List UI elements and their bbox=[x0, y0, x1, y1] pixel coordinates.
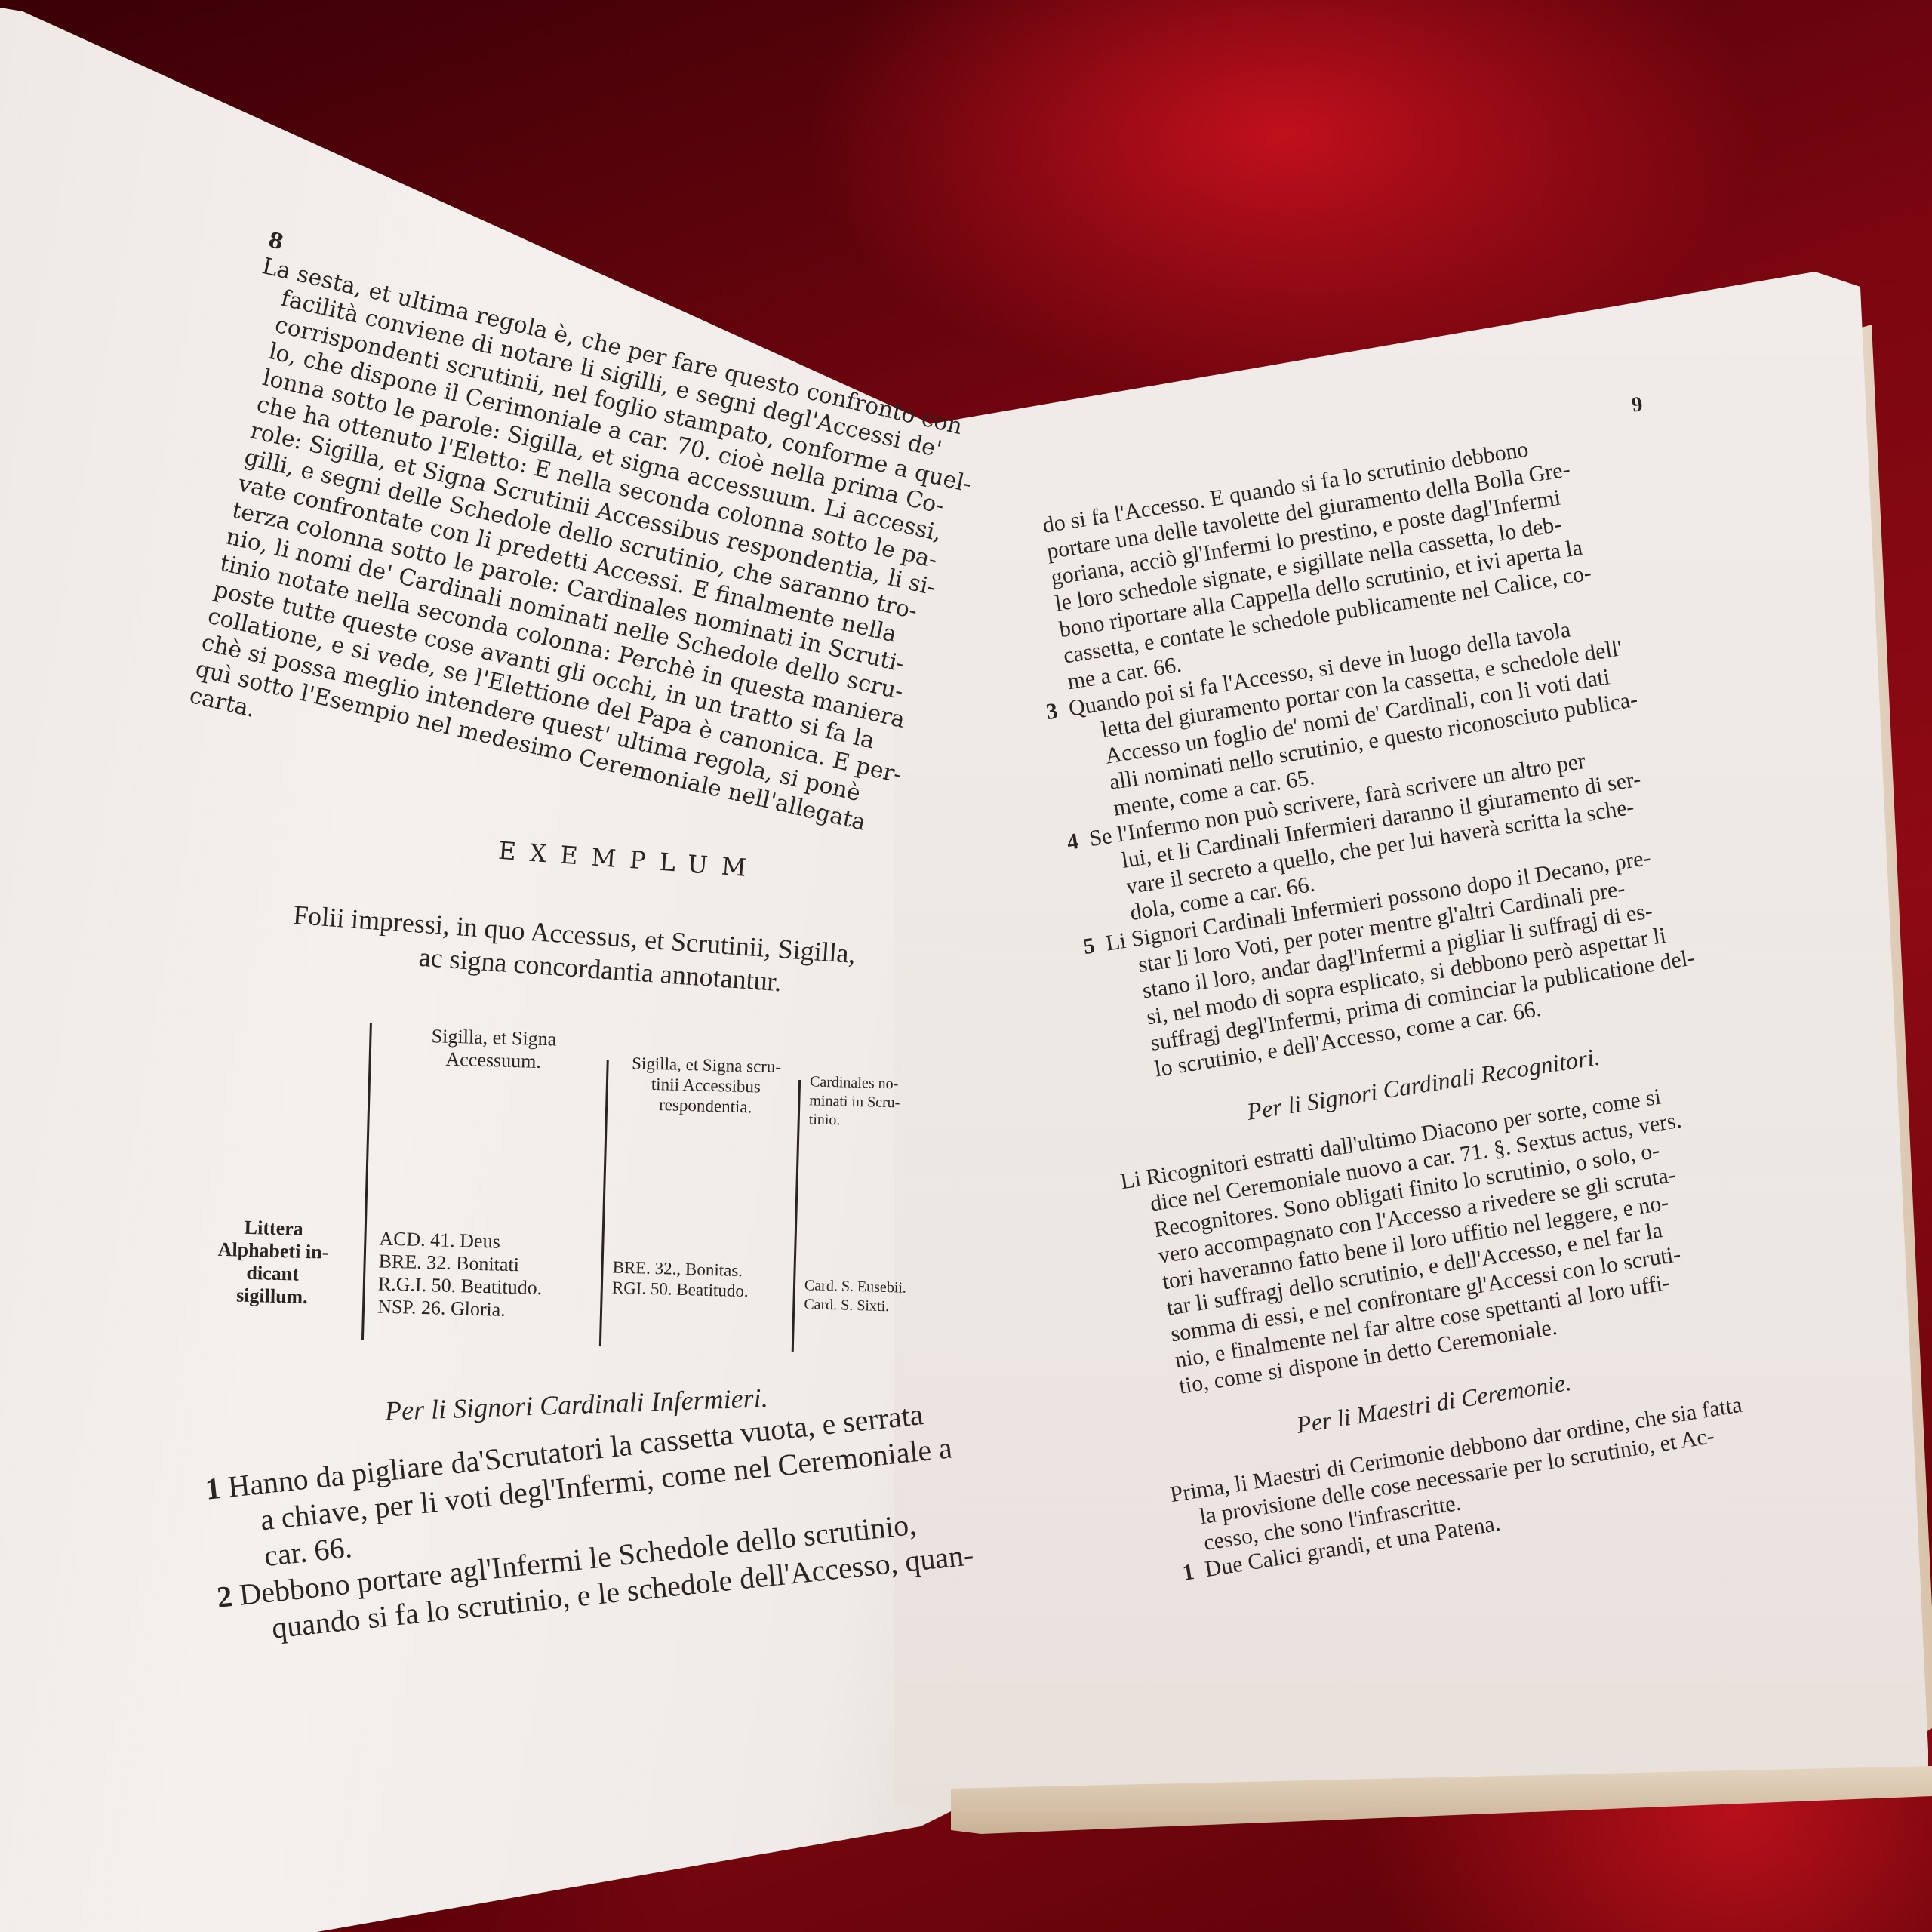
row-label: Littera Alphabeti in- dicant sigillum. bbox=[189, 1215, 357, 1310]
table-column-accessuum: Sigilla, et Signa Accessuum. ACD. 41. De… bbox=[377, 1024, 604, 1324]
table-column-scrutinii: Sigilla, et Signa scru- tinii Accessibus… bbox=[612, 1053, 795, 1303]
item-number: 1 bbox=[204, 1469, 230, 1508]
exemplum-table: Littera Alphabeti in- dicant sigillum. S… bbox=[188, 1019, 921, 1362]
item-number: 2 bbox=[215, 1577, 241, 1616]
table-cell: RGI. 50. Beatitudo. bbox=[612, 1278, 790, 1303]
column-header: respondentia. bbox=[617, 1094, 795, 1118]
table-cell: Card. S. Sixti. bbox=[804, 1295, 918, 1317]
table-divider bbox=[361, 1023, 372, 1340]
table-cell: NSP. 26. Gloria. bbox=[377, 1295, 597, 1324]
column-header: minati in Scru- bbox=[809, 1091, 923, 1113]
row-label-line: sigillum. bbox=[189, 1283, 355, 1310]
column-header: Cardinales no- bbox=[810, 1072, 924, 1094]
table-column-cardinales: Cardinales no- minati in Scru- tinio. Ca… bbox=[804, 1072, 923, 1317]
table-cell: Card. S. Eusebii. bbox=[804, 1276, 918, 1298]
column-header: Accessuum. bbox=[383, 1047, 603, 1075]
column-header: tinio. bbox=[808, 1110, 922, 1132]
